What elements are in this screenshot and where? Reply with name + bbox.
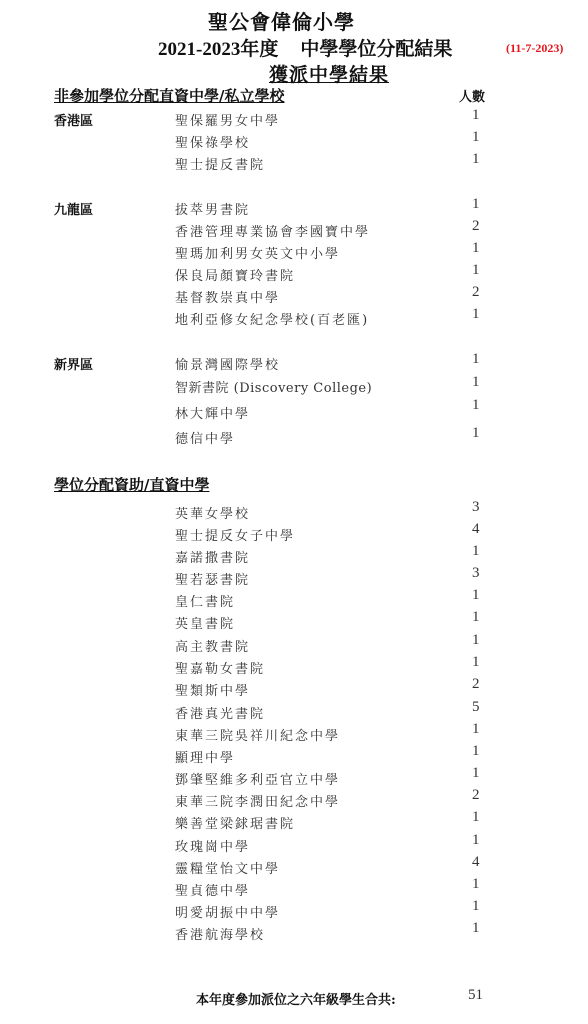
school-name-row: 樂善堂梁銶琚書院 <box>175 813 295 832</box>
school-count: 1 <box>472 587 480 604</box>
school-name-row: 高主教書院 <box>175 636 250 655</box>
school-name-row: 聖貞德中學 <box>175 880 250 899</box>
school-count: 1 <box>472 262 480 279</box>
school-count: 1 <box>472 876 480 893</box>
school-count: 3 <box>472 565 480 582</box>
school-name-row: 靈糧堂怡文中學 <box>175 858 280 877</box>
school-count: 1 <box>472 543 480 560</box>
school-name-row: 英華女學校 <box>175 503 250 522</box>
school-name-row: 香港管理專業協會李國寶中學 <box>175 221 370 240</box>
region-label-kowloon: 九龍區 <box>54 199 93 218</box>
school-count: 2 <box>472 676 480 693</box>
school-name-row: 東華三院李潤田紀念中學 <box>175 791 340 810</box>
school-name-row: 玫瑰崗中學 <box>175 836 250 855</box>
year-range: 2021-2023年度 <box>158 39 278 60</box>
school-count: 1 <box>472 920 480 937</box>
school-count: 4 <box>472 521 480 538</box>
school-count: 4 <box>472 854 480 871</box>
total-students-value: 51 <box>468 987 483 1004</box>
school-name-row: 聖保祿學校 <box>175 132 250 151</box>
school-count: 2 <box>472 284 480 301</box>
school-name-row: 德信中學 <box>175 428 235 447</box>
region-label-new-territories: 新界區 <box>54 354 93 373</box>
region-label-hong-kong: 香港區 <box>54 110 93 129</box>
school-count: 3 <box>472 499 480 516</box>
school-name-row: 英皇書院 <box>175 613 235 632</box>
school-name-row: 香港航海學校 <box>175 924 265 943</box>
school-name: 聖公會偉倫小學 <box>208 6 355 35</box>
school-count: 1 <box>472 609 480 626</box>
date-stamp: (11-7-2023) <box>506 41 563 56</box>
subtitle: 獲派中學結果 <box>269 60 389 87</box>
school-count: 1 <box>472 107 480 124</box>
school-name-row: 鄧肇堅維多利亞官立中學 <box>175 769 340 788</box>
school-name-row: 聖瑪加利男女英文中小學 <box>175 243 340 262</box>
school-count: 1 <box>472 351 480 368</box>
section-heading-private-dss: 非參加學位分配直資中學/私立學校 <box>54 85 284 106</box>
school-name-row: 明愛胡振中中學 <box>175 902 280 921</box>
school-count: 1 <box>472 425 480 442</box>
document-title: 2021-2023年度中學學位分配結果 <box>158 34 452 61</box>
school-name-row: 聖士提反女子中學 <box>175 525 295 544</box>
school-name-row: 聖若瑟書院 <box>175 569 250 588</box>
total-students-label: 本年度參加派位之六年級學生合共: <box>196 989 396 1008</box>
school-name-row: 東華三院吳祥川紀念中學 <box>175 725 340 744</box>
count-column-header: 人數 <box>459 86 485 105</box>
school-name-row: 智新書院 (Discovery College) <box>175 377 372 396</box>
section-heading-allocation: 學位分配資助/直資中學 <box>54 474 209 495</box>
school-count: 1 <box>472 151 480 168</box>
school-name-row: 聖類斯中學 <box>175 680 250 699</box>
school-name-row: 地利亞修女紀念學校(百老匯) <box>175 309 369 328</box>
school-name-row: 嘉諾撒書院 <box>175 547 250 566</box>
school-name-row: 皇仁書院 <box>175 591 235 610</box>
school-count: 1 <box>472 721 480 738</box>
school-count: 1 <box>472 129 480 146</box>
school-count: 1 <box>472 743 480 760</box>
school-name-row: 聖嘉勒女書院 <box>175 658 265 677</box>
school-count: 1 <box>472 632 480 649</box>
school-count: 2 <box>472 787 480 804</box>
school-count: 1 <box>472 240 480 257</box>
title-text: 中學學位分配結果 <box>300 39 452 60</box>
school-count: 1 <box>472 196 480 213</box>
school-name-row: 林大輝中學 <box>175 403 250 422</box>
school-count: 1 <box>472 306 480 323</box>
school-name-row: 保良局顏寶玲書院 <box>175 265 295 284</box>
school-name-row: 香港真光書院 <box>175 703 265 722</box>
school-count: 1 <box>472 397 480 414</box>
school-count: 1 <box>472 832 480 849</box>
school-name-row: 愉景灣國際學校 <box>175 354 280 373</box>
school-count: 1 <box>472 374 480 391</box>
school-count: 5 <box>472 699 480 716</box>
school-name-row: 聖士提反書院 <box>175 154 265 173</box>
school-count: 1 <box>472 809 480 826</box>
school-count: 2 <box>472 218 480 235</box>
school-count: 1 <box>472 654 480 671</box>
school-name-row: 拔萃男書院 <box>175 199 250 218</box>
school-count: 1 <box>472 765 480 782</box>
school-count: 1 <box>472 898 480 915</box>
school-name-row: 基督教崇真中學 <box>175 287 280 306</box>
school-name-row: 顯理中學 <box>175 747 235 766</box>
school-name-row: 聖保羅男女中學 <box>175 110 280 129</box>
